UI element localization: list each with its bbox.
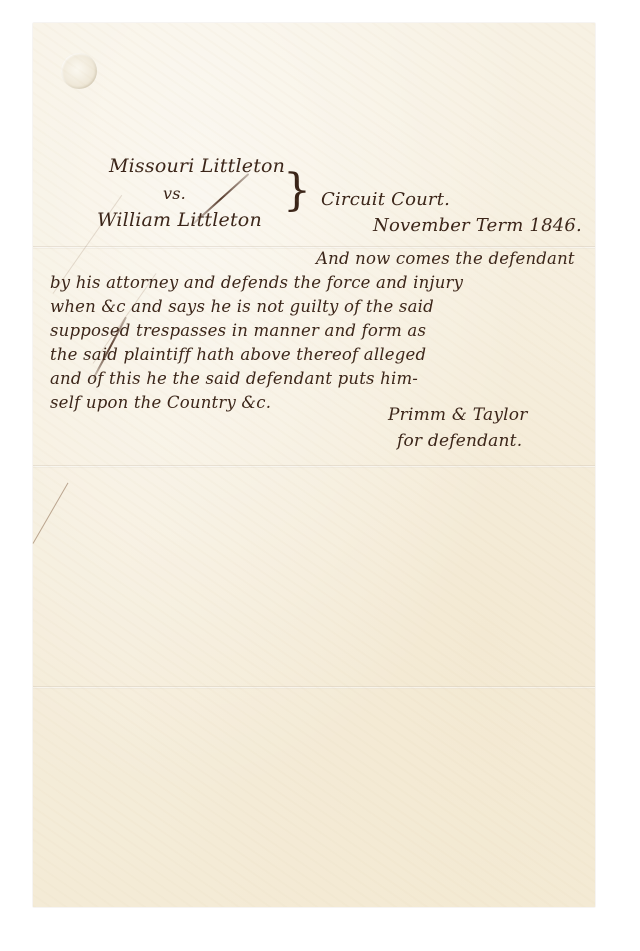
court-name: Circuit Court. xyxy=(321,189,450,210)
brace-icon: } xyxy=(283,169,311,213)
plaintiff-name: Missouri Littleton xyxy=(109,155,285,177)
court-term: November Term 1846. xyxy=(373,215,582,236)
defendant-name: William Littleton xyxy=(97,209,262,231)
page: Missouri Littleton vs. William Littleton… xyxy=(0,0,640,951)
embossed-seal-icon xyxy=(61,53,97,89)
signature-role: for defendant. xyxy=(397,431,522,451)
body-line: by his attorney and defends the force an… xyxy=(50,273,463,292)
body-line: self upon the Country &c. xyxy=(50,393,271,412)
body-line: supposed trespasses in manner and form a… xyxy=(50,321,426,340)
body-line: and of this he the said defendant puts h… xyxy=(50,369,418,388)
fold-line xyxy=(33,465,595,468)
versus-label: vs. xyxy=(163,184,186,203)
body-line: when &c and says he is not guilty of the… xyxy=(50,297,434,316)
body-line: And now comes the defendant xyxy=(316,249,575,268)
manuscript-paper: Missouri Littleton vs. William Littleton… xyxy=(33,23,595,907)
fold-line xyxy=(33,686,595,689)
crease-mark xyxy=(33,483,69,544)
attorney-signature: Primm & Taylor xyxy=(388,405,528,425)
